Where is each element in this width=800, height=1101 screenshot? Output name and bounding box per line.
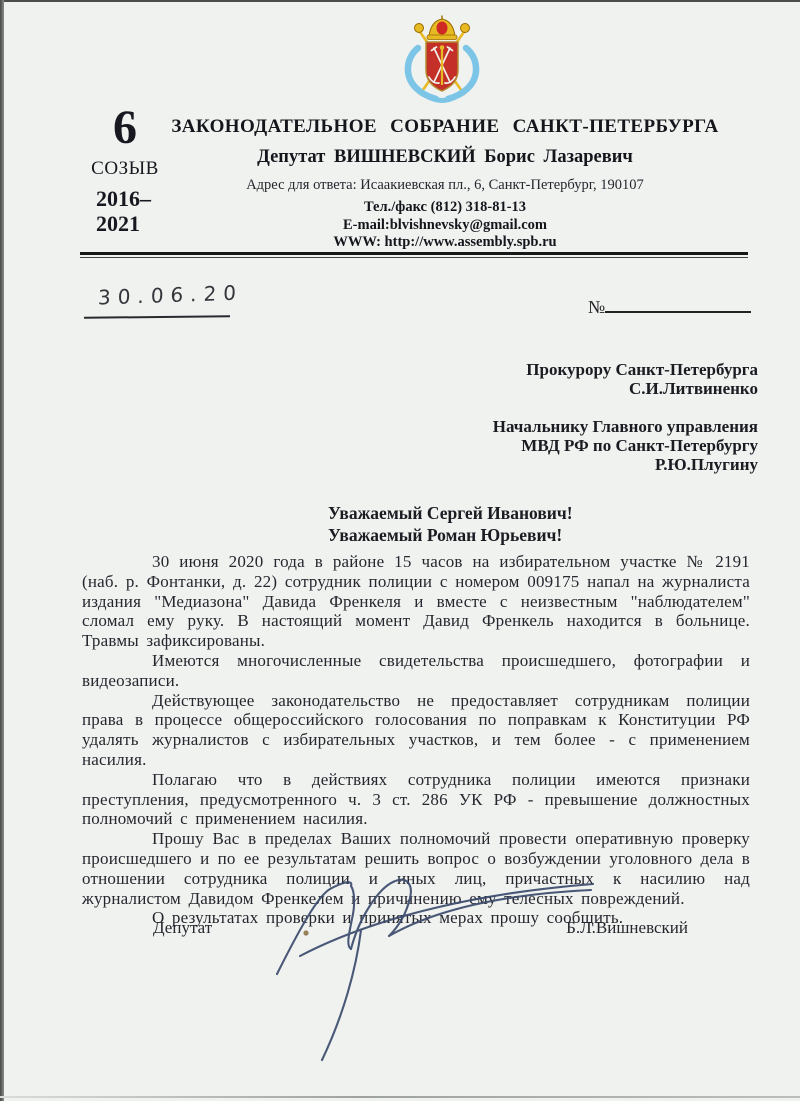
body-paragraph: 30 июня 2020 года в районе 15 часов на и… — [82, 552, 750, 651]
date-underline — [84, 315, 230, 319]
scanned-letter-page: 6 СОЗЫВ 2016– 2021 ЗАКОНОДАТЕЛЬНОЕ СОБРА… — [0, 0, 800, 1101]
website-line: WWW: http://www.assembly.spb.ru — [145, 234, 745, 252]
salutation-block: Уважаемый Сергей Иванович! Уважаемый Ром… — [328, 503, 573, 546]
scan-edge-bottom — [0, 1096, 800, 1098]
reply-address-line: Адрес для ответа: Исаакиевская пл., 6, С… — [145, 177, 745, 194]
letterhead: ЗАКОНОДАТЕЛЬНОЕ СОБРАНИЕ САНКТ-ПЕТЕРБУРГ… — [145, 116, 745, 252]
signer-name: Б.Л.Вишневский — [566, 918, 748, 938]
document-number-field: № — [588, 296, 751, 318]
coat-of-arms-emblem — [396, 14, 488, 104]
recipient-line: Прокурору Санкт-Петербурга — [493, 360, 758, 379]
body-paragraph: Полагаю что в действиях сотрудника полиц… — [82, 770, 750, 829]
body-paragraph: Действующее законодательство не предоста… — [82, 691, 750, 770]
recipient-line: Р.Ю.Плугину — [493, 455, 758, 474]
email-line: E-mail:blvishnevsky@gmail.com — [145, 217, 745, 235]
scan-edge-left — [0, 0, 4, 1101]
phone-line: Тел./факс (812) 318-81-13 — [145, 199, 745, 217]
number-blank-line — [605, 296, 751, 313]
body-paragraph: Прошу Вас в пределах Ваших полномочий пр… — [82, 829, 750, 908]
recipient-line: МВД РФ по Санкт-Петербургу — [493, 436, 758, 455]
number-sign: № — [588, 297, 605, 317]
signer-position: Депутат — [82, 918, 212, 938]
body-paragraph: Имеются многочисленные свидетельства про… — [82, 651, 750, 691]
letterhead-divider — [80, 252, 748, 258]
deputy-name-line: Депутат ВИШНЕВСКИЙ Борис Лазаревич — [145, 147, 745, 168]
salutation-line: Уважаемый Сергей Иванович! — [328, 503, 573, 525]
recipient-prosecutor: Прокурору Санкт-Петербурга С.И.Литвиненк… — [493, 360, 758, 398]
recipient-police-chief: Начальнику Главного управления МВД РФ по… — [493, 417, 758, 474]
assembly-title: ЗАКОНОДАТЕЛЬНОЕ СОБРАНИЕ САНКТ-ПЕТЕРБУРГ… — [145, 116, 745, 138]
recipients-block: Прокурору Санкт-Петербурга С.И.Литвиненк… — [493, 360, 758, 474]
signature-row: Депутат Б.Л.Вишневский — [82, 918, 748, 938]
salutation-line: Уважаемый Роман Юрьевич! — [328, 525, 573, 547]
saint-petersburg-coat-of-arms-icon — [396, 14, 488, 104]
scan-edge-top — [0, 0, 800, 2]
recipient-line: Начальнику Главного управления — [493, 417, 758, 436]
letter-body: 30 июня 2020 года в районе 15 часов на и… — [82, 552, 750, 928]
crown-icon — [427, 16, 457, 40]
handwritten-date: 30.06.20 — [98, 280, 244, 309]
recipient-line: С.И.Литвиненко — [493, 379, 758, 398]
